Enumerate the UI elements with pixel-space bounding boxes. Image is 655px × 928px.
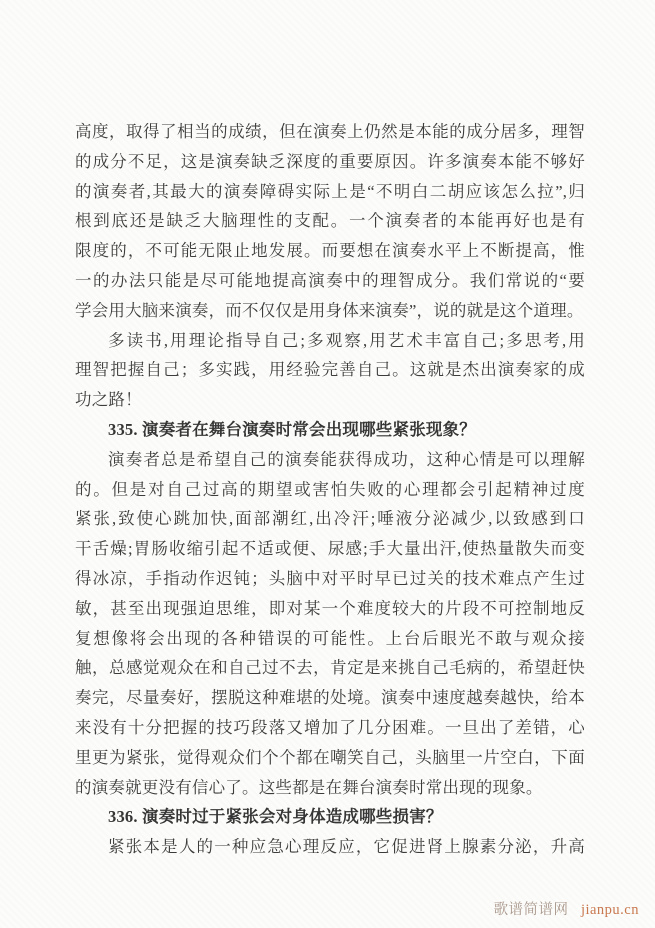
paragraph-block: 演奏者总是希望自己的演奏能获得成功，这种心情是可以理解的。但是对自己过高的期望或… xyxy=(75,445,585,803)
paragraph-block: 紧张本是人的一种应急心理反应，它促进肾上腺素分泌，升高 xyxy=(75,832,585,862)
book-page: 高度，取得了相当的成绩，但在演奏上仍然是本能的成分居多，理智的成分不足，这是演奏… xyxy=(0,0,655,928)
text-line: 奏完，尽量奏好，摆脱这种难堪的处境。演奏中速度越奏越快，给本 xyxy=(75,683,585,713)
text-line: 得冰凉，手指动作迟钝；头脑中对平时早已过关的技术难点产生过 xyxy=(75,564,585,594)
text-line: 里更为紧张，觉得观众们个个都在嘲笑自己，头脑里一片空白，下面 xyxy=(75,743,585,773)
text-line: 的演奏者,其最大的演奏障碍实际上是“不明白二胡应该怎么拉”,归 xyxy=(75,177,585,207)
text-line: 功之路！ xyxy=(75,385,585,415)
text-line: 一的办法只能是尽可能地提高演奏中的理智成分。我们常说的“要 xyxy=(75,266,585,296)
text-line: 的演奏就更没有信心了。这些都是在舞台演奏时常出现的现象。 xyxy=(75,773,585,803)
text-line: 敏，甚至出现强迫思维，即对某一个难度较大的片段不可控制地反 xyxy=(75,594,585,624)
text-line: 干舌燥;胃肠收缩引起不适或便、尿感;手大量出汗,使热量散失而变 xyxy=(75,534,585,564)
paragraph-block: 多读书,用理论指导自己;多观察,用艺术丰富自己;多思考,用理智把握自己；多实践，… xyxy=(75,326,585,415)
text-line: 的成分不足，这是演奏缺乏深度的重要原因。许多演奏本能不够好 xyxy=(75,147,585,177)
page-content: 高度，取得了相当的成绩，但在演奏上仍然是本能的成分居多，理智的成分不足，这是演奏… xyxy=(75,117,585,862)
watermark-space xyxy=(573,902,577,918)
text-line: 紧张本是人的一种应急心理反应，它促进肾上腺素分泌，升高 xyxy=(75,832,585,862)
watermark-site-name: 歌谱简谱网 xyxy=(494,902,569,918)
text-line: 学会用大脑来演奏，而不仅仅是用身体来演奏”，说的就是这个道理。 xyxy=(75,296,585,326)
text-line: 复想像将会出现的各种错误的可能性。上台后眼光不敢与观众接 xyxy=(75,624,585,654)
question-heading: 335. 演奏者在舞台演奏时常会出现哪些紧张现象？ xyxy=(75,415,585,445)
text-line: 演奏者总是希望自己的演奏能获得成功，这种心情是可以理解 xyxy=(75,445,585,475)
question-heading: 336. 演奏时过于紧张会对身体造成哪些损害？ xyxy=(75,802,585,832)
text-line: 来没有十分把握的技巧段落又增加了几分困难。一旦出了差错，心 xyxy=(75,713,585,743)
text-line: 根到底还是缺乏大脑理性的支配。一个演奏者的本能再好也是有 xyxy=(75,206,585,236)
question-block: 335. 演奏者在舞台演奏时常会出现哪些紧张现象？ xyxy=(75,415,585,445)
paragraph-block: 高度，取得了相当的成绩，但在演奏上仍然是本能的成分居多，理智的成分不足，这是演奏… xyxy=(75,117,585,326)
watermark-site-url: jianpu.cn xyxy=(581,902,639,918)
question-block: 336. 演奏时过于紧张会对身体造成哪些损害？ xyxy=(75,802,585,832)
text-line: 的。但是对自己过高的期望或害怕失败的心理都会引起精神过度 xyxy=(75,475,585,505)
text-line: 紧张,致使心跳加快,面部潮红,出冷汗;唾液分泌减少,以致感到口 xyxy=(75,504,585,534)
text-line: 触，总感觉观众在和自己过不去，肯定是来挑自己毛病的，希望赶快 xyxy=(75,653,585,683)
text-line: 高度，取得了相当的成绩，但在演奏上仍然是本能的成分居多，理智 xyxy=(75,117,585,147)
text-line: 多读书,用理论指导自己;多观察,用艺术丰富自己;多思考,用 xyxy=(75,326,585,356)
text-line: 理智把握自己；多实践，用经验完善自己。这就是杰出演奏家的成 xyxy=(75,355,585,385)
text-line: 限度的，不可能无限止地发展。而要想在演奏水平上不断提高，惟 xyxy=(75,236,585,266)
watermark: 歌谱简谱网 jianpu.cn xyxy=(494,900,639,920)
